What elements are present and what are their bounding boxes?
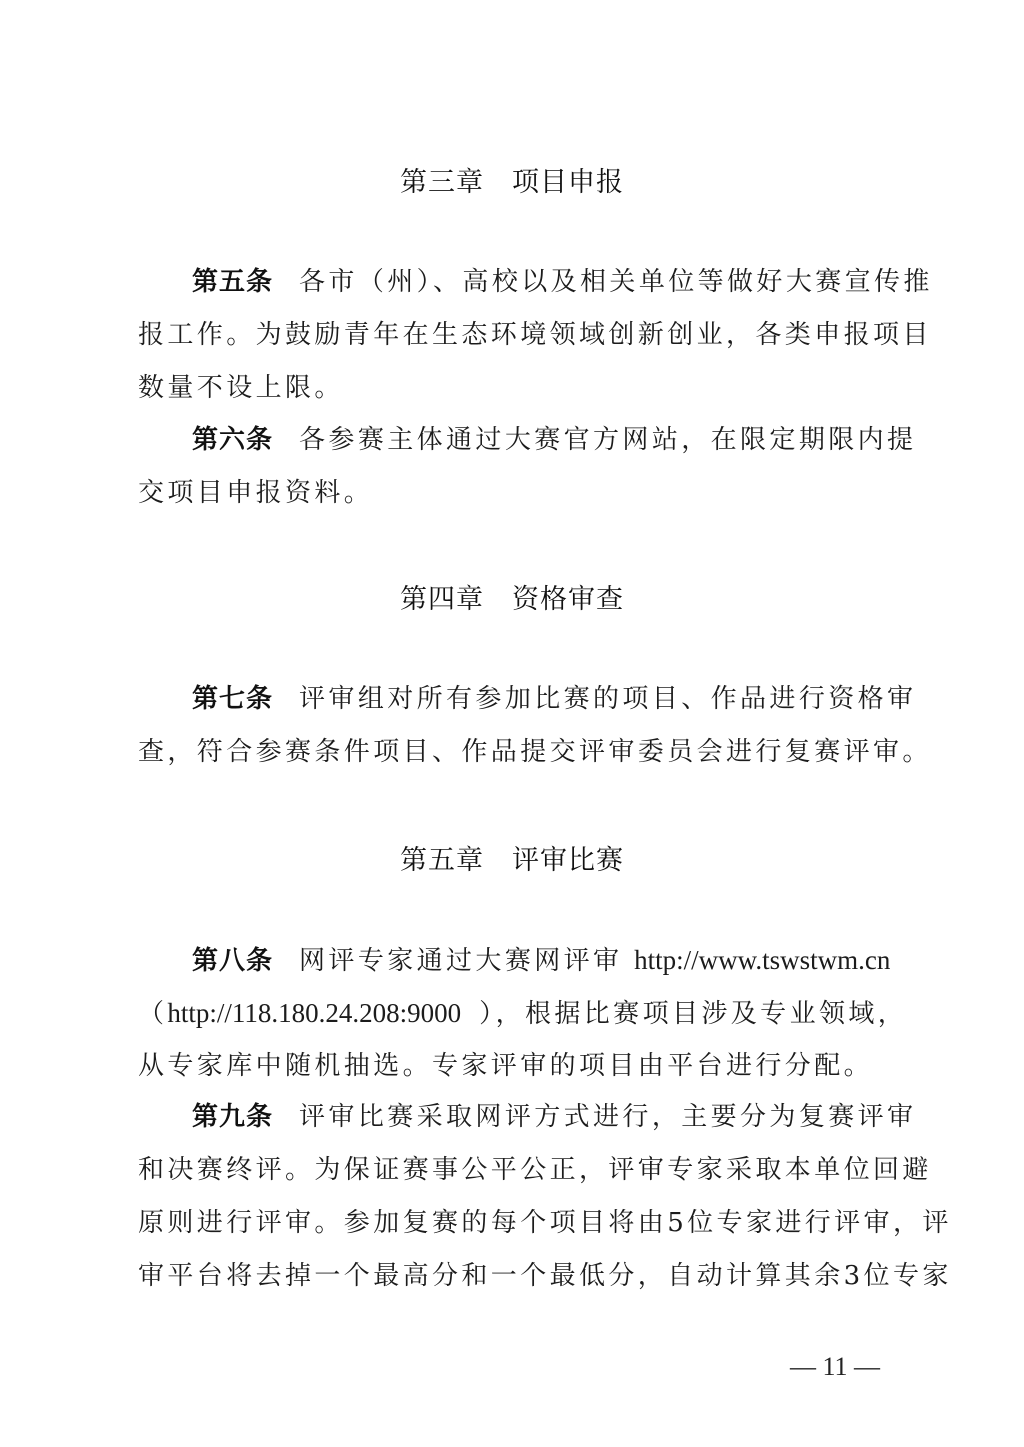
document-page: 第三章 项目申报 第五条各市（州）、高校以及相关单位等做好大赛宣传推 报工作。为… [0,0,1024,1447]
article-6-line-2: 交项目申报资料。 [138,477,888,509]
article-9-line-2: 和决赛终评。为保证赛事公平公正，评审专家采取本单位回避 [138,1154,888,1186]
article-label: 第九条 [192,1102,273,1132]
article-5-line-3: 数量不设上限。 [138,372,888,404]
article-label: 第六条 [192,425,273,455]
article-8-line-2: （http://118.180.24.208:9000），根据比赛项目涉及专业领… [138,997,888,1030]
chapter-heading-3: 第三章 项目申报 [0,160,1024,199]
article-9-line-4: 审平台将去掉一个最高分和一个最低分，自动计算其余3位专家 [138,1260,888,1292]
article-5-line-1: 第五条各市（州）、高校以及相关单位等做好大赛宣传推 [192,266,942,298]
article-7-line-2: 查，符合参赛条件项目、作品提交评审委员会进行复赛评审。 [138,736,888,768]
article-text: 各参赛主体通过大赛官方网站，在限定期限内提 [299,425,916,455]
open-paren: （ [138,999,167,1029]
article-9-line-1: 第九条评审比赛采取网评方式进行，主要分为复赛评审 [192,1101,942,1133]
article-label: 第八条 [192,946,273,976]
article-6-line-1: 第六条各参赛主体通过大赛官方网站，在限定期限内提 [192,424,942,456]
review-site-link[interactable]: http://www.tswstwm.cn [634,945,890,975]
chapter-heading-4: 第四章 资格审查 [0,577,1024,616]
article-text: 评审组对所有参加比赛的项目、作品进行资格审 [299,684,916,714]
article-5-line-2: 报工作。为鼓励青年在生态环境领域创新创业，各类申报项目 [138,319,888,351]
page-number: — 11 — [790,1352,880,1382]
review-ip-link[interactable]: http://118.180.24.208:9000 [167,998,461,1028]
article-text: 各市（州）、高校以及相关单位等做好大赛宣传推 [299,267,933,297]
article-8-line-1: 第八条网评专家通过大赛网评审 http://www.tswstwm.cn [192,944,942,977]
article-label: 第七条 [192,684,273,714]
article-text: 评审比赛采取网评方式进行，主要分为复赛评审 [299,1102,916,1132]
article-label: 第五条 [192,267,273,297]
article-8-line-3: 从专家库中随机抽选。专家评审的项目由平台进行分配。 [138,1050,888,1082]
article-9-line-3: 原则进行评审。参加复赛的每个项目将由5位专家进行评审，评 [138,1207,888,1239]
article-text: ），根据比赛项目涉及专业领域， [479,999,907,1029]
article-text: 网评专家通过大赛网评审 [299,946,634,976]
article-7-line-1: 第七条评审组对所有参加比赛的项目、作品进行资格审 [192,683,942,715]
chapter-heading-5: 第五章 评审比赛 [0,838,1024,877]
